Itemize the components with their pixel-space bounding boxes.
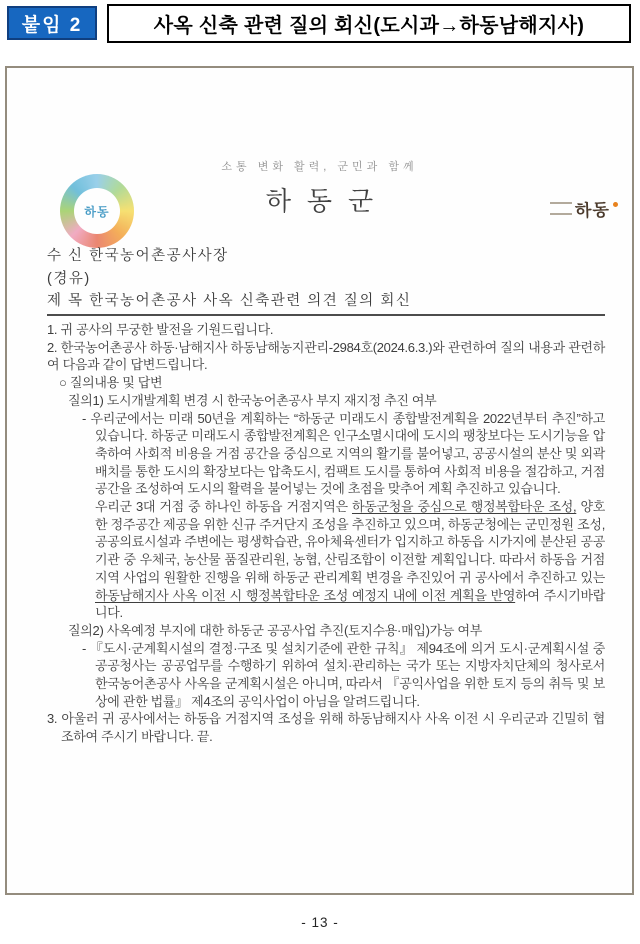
question1-answer-2: 우리군 3대 거점 중 하나인 하동읍 거점지역은 하동군청을 중심으로 행정복… xyxy=(47,498,605,622)
letter-body: 1. 귀 공사의 무궁한 발전을 기원드립니다. 2. 한국농어촌공사 하동·남… xyxy=(47,321,605,746)
hadong-emblem-logo: 하동 xyxy=(60,174,134,248)
calligraphy-text: 하동 xyxy=(575,195,611,221)
attachment-badge: 붙임 2 xyxy=(7,6,97,40)
scanned-letter-frame: 소통 변화 활력, 군민과 함께 하동군 하동 하동 수 신 한국농어촌공사사장… xyxy=(5,66,634,895)
document-title-box: 사옥 신축 관련 질의 회신(도시과→하동남해지사) xyxy=(107,4,631,43)
via-line: (경유) xyxy=(47,268,411,291)
paragraph-greeting: 1. 귀 공사의 무궁한 발전을 기원드립니다. xyxy=(47,321,605,339)
recipient-block: 수 신 한국농어촌공사사장 (경유) 제 목 한국농어촌공사 사옥 신축관련 의… xyxy=(47,245,411,313)
question1-title: 질의1) 도시개발계획 변경 시 한국농어촌공사 부지 재지정 추진 여부 xyxy=(47,392,605,410)
question2-answer: - 『도시·군계획시설의 결정·구조 및 설치기준에 관한 규칙』 제94조에 … xyxy=(47,640,605,711)
question2-title: 질의2) 사옥예정 부지에 대한 하동군 공공사업 추진(토지수용·매입)가능 … xyxy=(47,622,605,640)
recipient-line: 수 신 한국농어촌공사사장 xyxy=(47,245,411,268)
page-number: - 13 - xyxy=(0,915,640,930)
qa-section-header: ○ 질의내용 및 답변 xyxy=(47,374,605,392)
document-title: 사옥 신축 관련 질의 회신(도시과→하동남해지사) xyxy=(154,9,584,38)
answer2-underline-1: 하동군청을 중심으로 행정복합타운 조성, xyxy=(352,499,576,514)
emblem-text: 하동 xyxy=(84,203,109,220)
paragraph-closing: 3. 아울러 귀 공사에서는 하동읍 거점지역 조성을 위해 하동남해지사 사옥… xyxy=(47,710,605,745)
question1-answer-1: - 우리군에서는 미래 50년을 계획하는 “하동군 미래도시 종합발전계획을 … xyxy=(47,410,605,499)
subject-divider xyxy=(47,314,605,316)
hadong-calligraphy-logo: 하동 xyxy=(550,196,618,221)
answer2-text-1: 우리군 3대 거점 중 하나인 하동읍 거점지역은 xyxy=(95,499,352,514)
subject-line: 제 목 한국농어촌공사 사옥 신축관련 의견 질의 회신 xyxy=(47,290,411,313)
orange-dot-icon xyxy=(613,202,618,207)
paragraph-reference: 2. 한국농어촌공사 하동·남해지사 하동남해농지관리-2984호(2024.6… xyxy=(47,339,605,374)
micro-text-decoration xyxy=(550,202,572,215)
emblem-center: 하동 xyxy=(74,188,120,234)
answer2-underline-2: 하동남해지사 사옥 이전 시 행정복합타운 조성 예정지 내에 이전 계획을 반… xyxy=(95,588,515,603)
letterhead-slogan: 소통 변화 활력, 군민과 함께 xyxy=(7,158,632,174)
